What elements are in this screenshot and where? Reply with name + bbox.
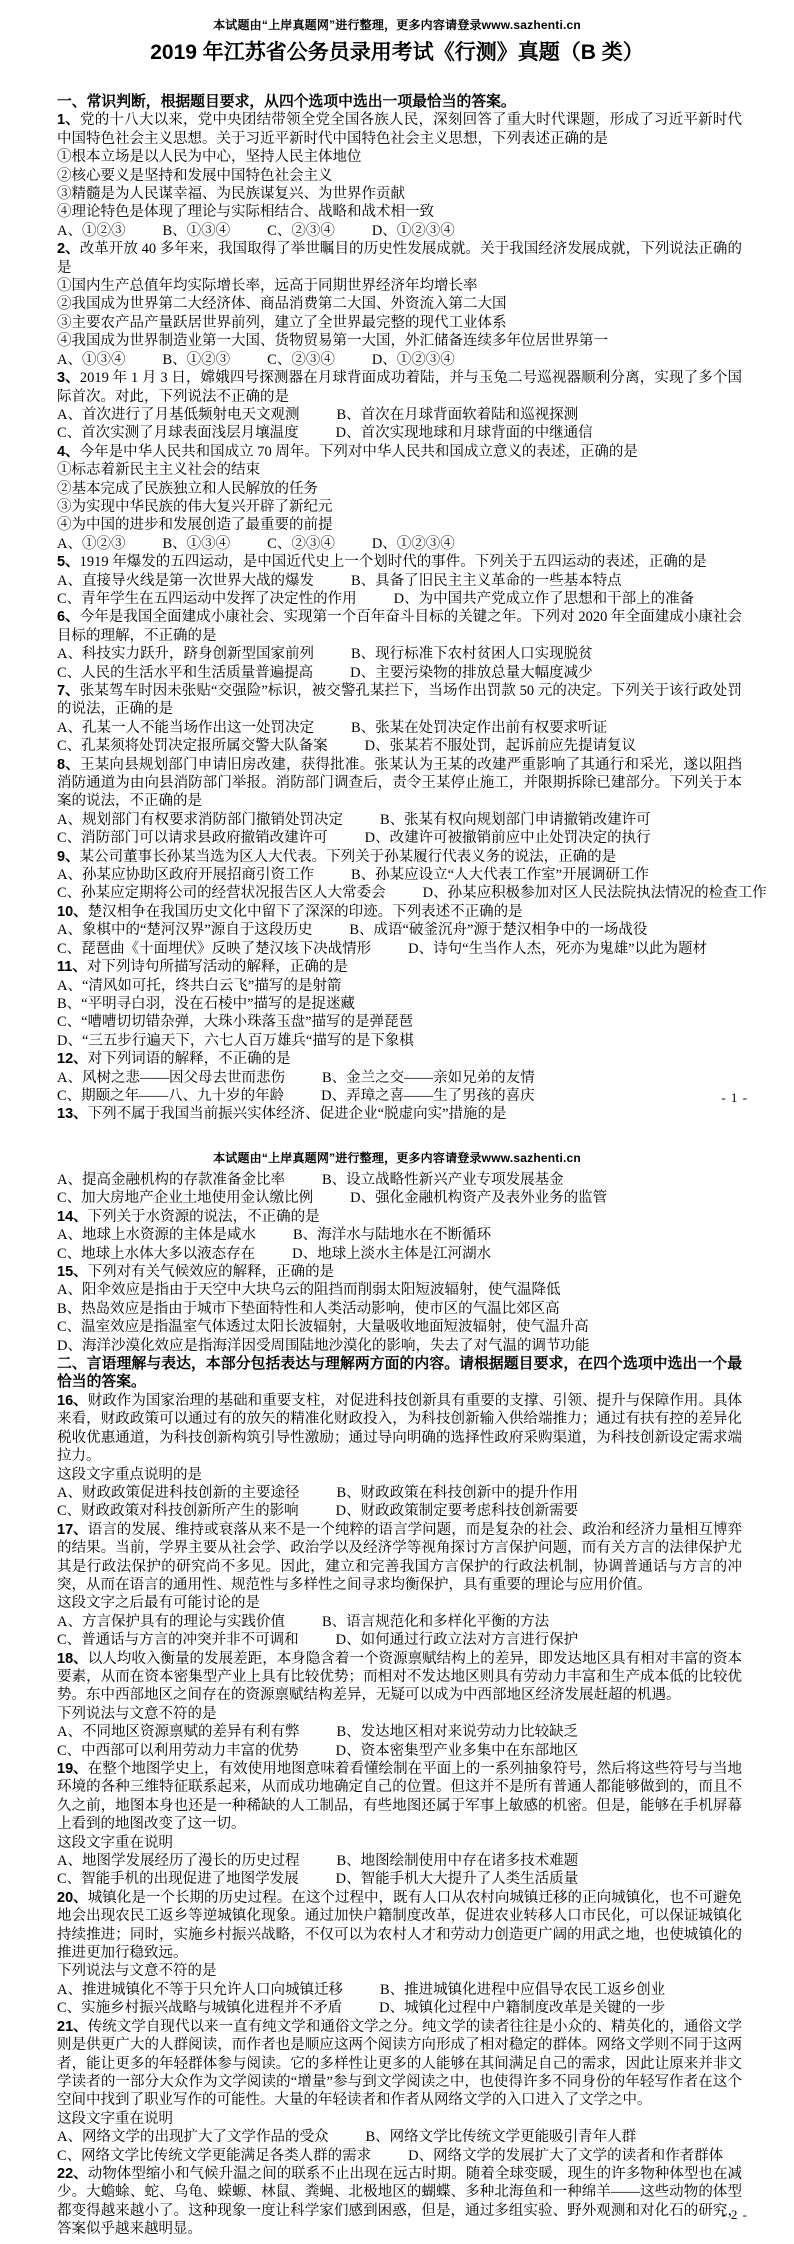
question-stem: 2、改革开放 40 多年来，我国取得了举世瞩目的历史性发展成就。关于我国经济发展… [57, 240, 742, 277]
option-row: C、网络文学比传统文学更能满足各类人群的需求D、网络文学的发展扩大了文学的读者和… [57, 2147, 742, 2165]
option-row: C、加大房地产企业土地使用金认缴比例D、强化金融机构资产及表外业务的监管 [57, 1189, 742, 1207]
option-row: A、①②③B、①③④C、②③④D、①②③④ [57, 222, 742, 240]
option: B、现行标准下农村贫困人口实现脱贫 [351, 645, 593, 663]
option: C、财政政策对科技创新所产生的影响 [57, 1502, 299, 1520]
question-stem: 4、今年是中华人民共和国成立 70 周年。下列对中华人民共和国成立意义的表述，正… [57, 443, 742, 461]
question: 21、传统文学自现代以来一直有纯文学和通俗文学之分。纯文学的读者往往是小众的、精… [57, 2018, 742, 2165]
option: D、智能手机大大提升了人类生活质量 [336, 1870, 578, 1888]
option: A、方言保护具有的理论与实践价值 [57, 1613, 285, 1631]
question-item: ①根本立场是以人民为中心，坚持人民主体地位 [57, 148, 742, 166]
option: C、实施乡村振兴战略与城镇化进程并不矛盾 [57, 1999, 342, 2017]
option-row: C、实施乡村振兴战略与城镇化进程并不矛盾D、城镇化过程中户籍制度改革是关键的一步 [57, 1999, 742, 2017]
option: B、首次在月球背面软着陆和巡视探测 [336, 406, 578, 424]
question-number: 17、 [57, 1522, 88, 1538]
option: A、网络文学的出现扩大了文学作品的受众 [57, 2128, 328, 2146]
section-heading: 二、言语理解与表达，本部分包括表达与理解两方面的内容。请根据题目要求，在四个选项… [57, 1355, 742, 1392]
page-2: 本试题由“上岸真题网”进行整理，更多内容请登录www.sazhenti.cn A… [0, 1125, 794, 2244]
option: D、①②③④ [372, 351, 455, 369]
option: D、强化金融机构资产及表外业务的监管 [350, 1189, 607, 1207]
question-stem: 13、下列不属于我国当前振兴实体经济、促进企业“脱虚向实”措施的是 [57, 1105, 742, 1123]
question: 9、某公司董事长孙某当选为区人大代表。下列关于孙某履行代表义务的说法，正确的是A… [57, 848, 742, 903]
question-stem: 5、1919 年爆发的五四运动，是中国近代史上一个划时代的事件。下列关于五四运动… [57, 553, 742, 571]
question-item: ②我国成为世界第二大经济体、商品消费第二大国、外资流入第二大国 [57, 295, 742, 313]
option: D、网络文学的发展扩大了文学的读者和作者群体 [408, 2147, 723, 2165]
question-number: 20、 [57, 1890, 88, 1906]
question: 10、楚汉相争在我国历史文化中留下了深深的印迹。下列表述不正确的是A、象棋中的“… [57, 903, 742, 958]
option-row: A、直接导火线是第一次世界大战的爆发B、具备了旧民主主义革命的一些基本特点 [57, 572, 742, 590]
option: C、地球上水体大多以液态存在 [57, 1245, 255, 1263]
page-2-content: A、提高金融机构的存款准备金比率B、设立战略性新兴产业专项发展基金C、加大房地产… [0, 1171, 794, 2239]
question-number: 18、 [57, 1651, 88, 1667]
option: C、孔某须将处罚决定报所属交警大队备案 [57, 737, 328, 755]
question-stem: 11、对下列诗句所描写活动的解释，正确的是 [57, 958, 742, 976]
option: C、“嘈嘈切切错杂弹，大珠小珠落玉盘”描写的是弹琵琶 [57, 1013, 413, 1031]
question-stem: 19、在整个地图学史上，有效使用地图意味着看懂绘制在平面上的一系列抽象符号，然后… [57, 1760, 742, 1834]
option: D、孙某应积极参加对区人民法院执法情况的检查工作 [423, 884, 767, 902]
question-number: 6、 [57, 609, 80, 625]
option: B、网络文学比传统文学更能吸引青年人群 [365, 2128, 636, 2146]
option: C、加大房地产企业土地使用金认缴比例 [57, 1189, 313, 1207]
option: A、推进城镇化不等于只允许人口向城镇迁移 [57, 1981, 343, 1999]
option-row: C、人民的生活水平和生活质量普遍提高D、主要污染物的排放总量大幅度减少 [57, 664, 742, 682]
option: A、首次进行了月基低频射电天文观测 [57, 406, 299, 424]
option: A、阳伞效应是指由于天空中大块乌云的阻挡而削弱太阳短波辐射，使气温降低 [57, 1281, 560, 1299]
question-number: 9、 [57, 849, 80, 865]
option-row: A、①③④B、①②③C、②③④D、①②③④ [57, 351, 742, 369]
question: 22、动物体型缩小和气候升温之间的联系不止出现在远古时期。随着全球变暖，现生的许… [57, 2165, 742, 2239]
option: A、地球上水资源的主体是咸水 [57, 1226, 256, 1244]
question-number: 1、 [57, 112, 80, 128]
option-row: A、“清风如可托，终共白云飞”描写的是射箭 [57, 977, 742, 995]
option: D、海洋沙漠化效应是指海洋因受周围陆地沙漠化的影响，失去了对气温的调节功能 [57, 1337, 589, 1355]
option-row: A、首次进行了月基低频射电天文观测B、首次在月球背面软着陆和巡视探测 [57, 406, 742, 424]
option: D、弄璋之喜——生了男孩的喜庆 [321, 1087, 534, 1105]
option-row: C、孔某须将处罚决定报所属交警大队备案D、张某若不服处罚，起诉前应先提请复议 [57, 737, 742, 755]
option: A、财政政策促进科技创新的主要途径 [57, 1484, 299, 1502]
question-lead: 下列说法与文意不符的是 [57, 1962, 742, 1980]
option: C、网络文学比传统文学更能满足各类人群的需求 [57, 2147, 371, 2165]
option: B、孙某应设立“人大代表工作室”开展调研工作 [351, 866, 649, 884]
option-row: A、推进城镇化不等于只允许人口向城镇迁移B、推进城镇化进程中应倡导农民工返乡创业 [57, 1981, 742, 1999]
option: A、地图学发展经历了漫长的历史过程 [57, 1852, 299, 1870]
option: A、孔某一人不能当场作出这一处罚决定 [57, 719, 314, 737]
question: 15、下列对有关气候效应的解释，正确的是A、阳伞效应是指由于天空中大块乌云的阻挡… [57, 1263, 742, 1355]
option: A、风树之悲——因父母去世而悲伤 [57, 1069, 285, 1087]
question-stem: 9、某公司董事长孙某当选为区人大代表。下列关于孙某履行代表义务的说法，正确的是 [57, 848, 742, 866]
question-stem: 7、张某驾车时因未张贴“交强险”标识，被交警孔某拦下，当场作出罚款 50 元的决… [57, 682, 742, 719]
question-item: ④理论特色是体现了理论与实际相结合、战略和战术相一致 [57, 203, 742, 221]
option: B、金兰之交——亲如兄弟的友情 [322, 1069, 535, 1087]
option: A、直接导火线是第一次世界大战的爆发 [57, 572, 314, 590]
option-row: A、阳伞效应是指由于天空中大块乌云的阻挡而削弱太阳短波辐射，使气温降低 [57, 1281, 742, 1299]
question-stem: 12、对下列词语的解释，不正确的是 [57, 1050, 742, 1068]
option-row: B、热岛效应是指由于城市下垫面特性和人类活动影响，使市区的气温比郊区高 [57, 1300, 742, 1318]
question-stem: 6、今年是我国全面建成小康社会、实现第一个百年奋斗目标的关键之年。下列对 202… [57, 608, 742, 645]
option-row: A、①②③B、①③④C、②③④D、①②③④ [57, 535, 742, 553]
question-number: 14、 [57, 1209, 88, 1225]
question-stem: 15、下列对有关气候效应的解释，正确的是 [57, 1263, 742, 1281]
option-row: A、规划部门有权要求消防部门撤销处罚决定B、张某有权向规划部门申请撤销改建许可 [57, 811, 742, 829]
option: B、设立战略性新兴产业专项发展基金 [322, 1171, 564, 1189]
question: 8、王某向县规划部门申请旧房改建，获得批准。张某认为王某的改建严重影响了其通行和… [57, 756, 742, 848]
question-lead: 这段文字重点说明的是 [57, 1466, 742, 1484]
option: C、②③④ [267, 222, 335, 240]
question-item: ③为实现中华民族的伟大复兴开辟了新纪元 [57, 498, 742, 516]
option: B、地图绘制使用中存在诸多技术难题 [336, 1852, 578, 1870]
option: B、①②③ [162, 351, 230, 369]
question-number: 22、 [57, 2166, 88, 2182]
option-row: C、孙某应定期将公司的经营状况报告区人大常委会D、孙某应积极参加对区人民法院执法… [57, 884, 742, 902]
question: 12、对下列词语的解释，不正确的是A、风树之悲——因父母去世而悲伤B、金兰之交—… [57, 1050, 742, 1105]
option: D、为中国共产党成立作了思想和干部上的准备 [394, 590, 694, 608]
question: 11、对下列诗句所描写活动的解释，正确的是A、“清风如可托，终共白云飞”描写的是… [57, 958, 742, 1050]
option-row: C、青年学生在五四运动中发挥了决定性的作用D、为中国共产党成立作了思想和干部上的… [57, 590, 742, 608]
option: D、如何通过行政立法对方言进行保护 [336, 1631, 578, 1649]
option-row: D、“三五步行遍天下，六七人百万雄兵“描写的是下象棋 [57, 1032, 742, 1050]
question: 14、下列关于水资源的说法，不正确的是A、地球上水资源的主体是咸水B、海洋水与陆… [57, 1208, 742, 1263]
option: C、期颐之年——八、九十岁的年龄 [57, 1087, 284, 1105]
option-row: A、科技实力跃升，跻身创新型国家前列B、现行标准下农村贫困人口实现脱贫 [57, 645, 742, 663]
option: D、地球上淡水主体是江河湖水 [292, 1245, 491, 1263]
option: B、成语“破釜沉舟”源于楚汉相争中的一场战役 [349, 921, 647, 939]
page-1-content: 一、常识判断，根据题目要求，从四个选项中选出一项最恰当的答案。1、党的十八大以来… [0, 93, 794, 1124]
option: B、海洋水与陆地水在不断循环 [293, 1226, 491, 1244]
option: A、不同地区资源禀赋的差异有利有弊 [57, 1723, 299, 1741]
question-number: 8、 [57, 757, 80, 773]
page-1: 本试题由“上岸真题网”进行整理，更多内容请登录www.sazhenti.cn 2… [0, 0, 794, 1125]
option-row: D、海洋沙漠化效应是指海洋因受周围陆地沙漠化的影响，失去了对气温的调节功能 [57, 1337, 742, 1355]
question: 20、城镇化是一个长期的历史过程。在这个过程中，既有人口从农村向城镇迁移的正向城… [57, 1889, 742, 2018]
question-item: ③精髓是为人民谋幸福、为民族谋复兴、为世界作贡献 [57, 185, 742, 203]
question: 16、财政作为国家治理的基础和重要支柱，对促进科技创新具有重要的支撑、引领、提升… [57, 1392, 742, 1521]
question-number: 11、 [57, 959, 87, 975]
option-row: A、提高金融机构的存款准备金比率B、设立战略性新兴产业专项发展基金 [57, 1171, 742, 1189]
question-stem: 3、2019 年 1 月 3 日，嫦娥四号探测器在月球背面成功着陆，并与玉兔二号… [57, 369, 742, 406]
question-item: ④为中国的进步和发展创造了最重要的前提 [57, 516, 742, 534]
option-row: A、象棋中的“楚河汉界”源自于这段历史B、成语“破釜沉舟”源于楚汉相争中的一场战… [57, 921, 742, 939]
option: A、①②③ [57, 535, 125, 553]
question-stem: 8、王某向县规划部门申请旧房改建，获得批准。张某认为王某的改建严重影响了其通行和… [57, 756, 742, 811]
question-item: ②基本完成了民族独立和人民解放的任务 [57, 480, 742, 498]
option: C、智能手机的出现促进了地图学发展 [57, 1870, 299, 1888]
option: B、热岛效应是指由于城市下垫面特性和人类活动影响，使市区的气温比郊区高 [57, 1300, 560, 1318]
question-lead: 这段文字重在说明 [57, 1834, 742, 1852]
option: A、“清风如可托，终共白云飞”描写的是射箭 [57, 977, 341, 995]
option-row: A、风树之悲——因父母去世而悲伤B、金兰之交——亲如兄弟的友情 [57, 1069, 742, 1087]
option: B、①③④ [162, 222, 230, 240]
option: B、财政政策在科技创新中的提升作用 [336, 1484, 578, 1502]
question-number: 16、 [57, 1393, 88, 1409]
option: B、张某有权向规划部门申请撤销改建许可 [380, 811, 651, 829]
option: C、琵琶曲《十面埋伏》反映了楚汉垓下决战情形 [57, 940, 371, 958]
question-stem: 14、下列关于水资源的说法，不正确的是 [57, 1208, 742, 1226]
question: 17、语言的发展、维持或衰落从来不是一个纯粹的语言学问题，而是复杂的社会、政治和… [57, 1521, 742, 1650]
option-row: B、“平明寻白羽，没在石棱中”描写的是捉迷藏 [57, 995, 742, 1013]
option: C、②③④ [267, 535, 335, 553]
option-row: C、首次实测了月球表面浅层月壤温度D、首次实现地球和月球背面的中继通信 [57, 424, 742, 442]
question-item: ①标志着新民主主义社会的结束 [57, 461, 742, 479]
option-row: C、普通话与方言的冲突并非不可调和D、如何通过行政立法对方言进行保护 [57, 1631, 742, 1649]
question-stem: 1、党的十八大以来，党中央团结带领全党全国各族人民，深刻回答了重大时代课题，形成… [57, 111, 742, 148]
question: 13、下列不属于我国当前振兴实体经济、促进企业“脱虚向实”措施的是 [57, 1105, 742, 1123]
option: C、人民的生活水平和生活质量普遍提高 [57, 664, 313, 682]
question-number: 12、 [57, 1051, 88, 1067]
option: B、①③④ [162, 535, 230, 553]
option-row: A、不同地区资源禀赋的差异有利有弊B、发达地区相对来说劳动力比较缺乏 [57, 1723, 742, 1741]
option: C、②③④ [267, 351, 335, 369]
option-row: C、温室效应是指温室气体透过太阳长波辐射，大量吸收地面短波辐射，使气温升高 [57, 1318, 742, 1336]
question-lead: 这段文字重在说明 [57, 2110, 742, 2128]
option: A、提高金融机构的存款准备金比率 [57, 1171, 285, 1189]
option-row: A、孔某一人不能当场作出这一处罚决定B、张某在处罚决定作出前有权要求听证 [57, 719, 742, 737]
option: B、“平明寻白羽，没在石棱中”描写的是捉迷藏 [57, 995, 355, 1013]
question: 18、以人均收入衡量的发展差距，本身隐含着一个资源禀赋结构上的差异，即发达地区具… [57, 1650, 742, 1760]
question-stem: 10、楚汉相争在我国历史文化中留下了深深的印迹。下列表述不正确的是 [57, 903, 742, 921]
option: A、①②③ [57, 222, 125, 240]
option: D、张某若不服处罚，起诉前应先提请复议 [365, 737, 636, 755]
option-row: A、地球上水资源的主体是咸水B、海洋水与陆地水在不断循环 [57, 1226, 742, 1244]
question-number: 19、 [57, 1761, 88, 1777]
exam-document: { "document": { "header_note": "本试题由“上岸真… [0, 0, 794, 2244]
question-number: 2、 [57, 241, 80, 257]
question-stem: 17、语言的发展、维持或衰落从来不是一个纯粹的语言学问题，而是复杂的社会、政治和… [57, 1521, 742, 1595]
question: 5、1919 年爆发的五四运动，是中国近代史上一个划时代的事件。下列关于五四运动… [57, 553, 742, 608]
question-number: 7、 [57, 683, 80, 699]
option-row: C、地球上水体大多以液态存在D、地球上淡水主体是江河湖水 [57, 1245, 742, 1263]
question-stem: 20、城镇化是一个长期的历史过程。在这个过程中，既有人口从农村向城镇迁移的正向城… [57, 1889, 742, 1963]
question-lead: 这段文字之后最有可能讨论的是 [57, 1594, 742, 1612]
option: C、首次实测了月球表面浅层月壤温度 [57, 424, 299, 442]
question-number: 10、 [57, 904, 88, 920]
site-header-note: 本试题由“上岸真题网”进行整理，更多内容请登录www.sazhenti.cn [0, 1125, 794, 1166]
option: C、青年学生在五四运动中发挥了决定性的作用 [57, 590, 357, 608]
option: B、语言规范化和多样化平衡的方法 [322, 1613, 549, 1631]
site-header-note: 本试题由“上岸真题网”进行整理，更多内容请登录www.sazhenti.cn [0, 0, 794, 33]
question: 6、今年是我国全面建成小康社会、实现第一个百年奋斗目标的关键之年。下列对 202… [57, 608, 742, 682]
question-stem: 16、财政作为国家治理的基础和重要支柱，对促进科技创新具有重要的支撑、引领、提升… [57, 1392, 742, 1466]
question: 19、在整个地图学史上，有效使用地图意味着看懂绘制在平面上的一系列抽象符号，然后… [57, 1760, 742, 1889]
option-row: A、地图学发展经历了漫长的历史过程B、地图绘制使用中存在诸多技术难题 [57, 1852, 742, 1870]
page-number: - 2 - [721, 2207, 748, 2223]
option-row: C、期颐之年——八、九十岁的年龄D、弄璋之喜——生了男孩的喜庆 [57, 1087, 742, 1105]
question-stem: 18、以人均收入衡量的发展差距，本身隐含着一个资源禀赋结构上的差异，即发达地区具… [57, 1650, 742, 1705]
option-row: A、方言保护具有的理论与实践价值B、语言规范化和多样化平衡的方法 [57, 1613, 742, 1631]
question-number: 5、 [57, 554, 80, 570]
option: B、具备了旧民主主义革命的一些基本特点 [351, 572, 622, 590]
question-options-continued: A、提高金融机构的存款准备金比率B、设立战略性新兴产业专项发展基金C、加大房地产… [57, 1171, 742, 1208]
question-number: 3、 [57, 370, 80, 386]
option: B、张某在处罚决定作出前有权要求听证 [351, 719, 607, 737]
question-number: 13、 [57, 1106, 88, 1122]
question-item: ④我国成为世界制造业第一大国、货物贸易第一大国，外汇储备连续多年位居世界第一 [57, 332, 742, 350]
page-number: - 1 - [721, 1090, 748, 1106]
option-row: C、“嘈嘈切切错杂弹，大珠小珠落玉盘”描写的是弹琵琶 [57, 1013, 742, 1031]
option-row: C、消防部门可以请求县政府撤销改建许可D、改建许可被撤销前应中止处罚决定的执行 [57, 829, 742, 847]
question: 4、今年是中华人民共和国成立 70 周年。下列对中华人民共和国成立意义的表述，正… [57, 443, 742, 553]
option: D、财政政策制定要考虑科技创新需要 [336, 1502, 578, 1520]
question-item: ①国内生产总值年均实际增长率，远高于同期世界经济年均增长率 [57, 277, 742, 295]
option: D、①②③④ [372, 535, 455, 553]
option: C、普通话与方言的冲突并非不可调和 [57, 1631, 299, 1649]
section-heading: 一、常识判断，根据题目要求，从四个选项中选出一项最恰当的答案。 [57, 93, 742, 111]
option: D、“三五步行遍天下，六七人百万雄兵“描写的是下象棋 [57, 1032, 414, 1050]
option: A、孙某应协助区政府开展招商引资工作 [57, 866, 314, 884]
option: A、规划部门有权要求消防部门撤销处罚决定 [57, 811, 343, 829]
option-row: A、孙某应协助区政府开展招商引资工作B、孙某应设立“人大代表工作室”开展调研工作 [57, 866, 742, 884]
question: 1、党的十八大以来，党中央团结带领全党全国各族人民，深刻回答了重大时代课题，形成… [57, 111, 742, 240]
option: C、消防部门可以请求县政府撤销改建许可 [57, 829, 328, 847]
question-stem: 22、动物体型缩小和气候升温之间的联系不止出现在远古时期。随着全球变暖，现生的许… [57, 2165, 742, 2239]
option-row: A、财政政策促进科技创新的主要途径B、财政政策在科技创新中的提升作用 [57, 1484, 742, 1502]
option-row: C、智能手机的出现促进了地图学发展D、智能手机大大提升了人类生活质量 [57, 1870, 742, 1888]
option-row: C、中西部可以利用劳动力丰富的优势D、资本密集型产业多集中在东部地区 [57, 1742, 742, 1760]
option: A、象棋中的“楚河汉界”源自于这段历史 [57, 921, 312, 939]
question-number: 4、 [57, 444, 80, 460]
question: 7、张某驾车时因未张贴“交强险”标识，被交警孔某拦下，当场作出罚款 50 元的决… [57, 682, 742, 756]
option-row: C、财政政策对科技创新所产生的影响D、财政政策制定要考虑科技创新需要 [57, 1502, 742, 1520]
option: B、发达地区相对来说劳动力比较缺乏 [336, 1723, 578, 1741]
question-item: ③主要农产品产量跃居世界前列，建立了全世界最完整的现代工业体系 [57, 314, 742, 332]
option: D、首次实现地球和月球背面的中继通信 [336, 424, 593, 442]
option: A、科技实力跃升，跻身创新型国家前列 [57, 645, 314, 663]
option: D、改建许可被撤销前应中止处罚决定的执行 [365, 829, 651, 847]
option: B、推进城镇化进程中应倡导农民工返乡创业 [380, 1981, 665, 1999]
option: D、诗句“生当作人杰，死亦为鬼雄”以此为题材 [408, 940, 707, 958]
option-row: A、网络文学的出现扩大了文学作品的受众B、网络文学比传统文学更能吸引青年人群 [57, 2128, 742, 2146]
option: C、温室效应是指温室气体透过太阳长波辐射，大量吸收地面短波辐射，使气温升高 [57, 1318, 589, 1336]
option: C、孙某应定期将公司的经营状况报告区人大常委会 [57, 884, 386, 902]
option: D、①②③④ [372, 222, 455, 240]
question-number: 21、 [57, 2019, 88, 2035]
option: A、①③④ [57, 351, 125, 369]
question: 2、改革开放 40 多年来，我国取得了举世瞩目的历史性发展成就。关于我国经济发展… [57, 240, 742, 369]
option: D、主要污染物的排放总量大幅度减少 [350, 664, 592, 682]
option: D、资本密集型产业多集中在东部地区 [336, 1742, 578, 1760]
page-title: 2019 年江苏省公务员录用考试《行测》真题（B 类） [0, 36, 794, 66]
option: C、中西部可以利用劳动力丰富的优势 [57, 1742, 299, 1760]
option: D、城镇化过程中户籍制度改革是关键的一步 [379, 1999, 665, 2017]
question-stem: 21、传统文学自现代以来一直有纯文学和通俗文学之分。纯文学的读者往往是小众的、精… [57, 2018, 742, 2110]
option-row: C、琵琶曲《十面埋伏》反映了楚汉垓下决战情形D、诗句“生当作人杰，死亦为鬼雄”以… [57, 940, 742, 958]
question-lead: 下列说法与文意不符的是 [57, 1705, 742, 1723]
question: 3、2019 年 1 月 3 日，嫦娥四号探测器在月球背面成功着陆，并与玉兔二号… [57, 369, 742, 443]
question-item: ②核心要义是坚持和发展中国特色社会主义 [57, 167, 742, 185]
question-number: 15、 [57, 1264, 88, 1280]
